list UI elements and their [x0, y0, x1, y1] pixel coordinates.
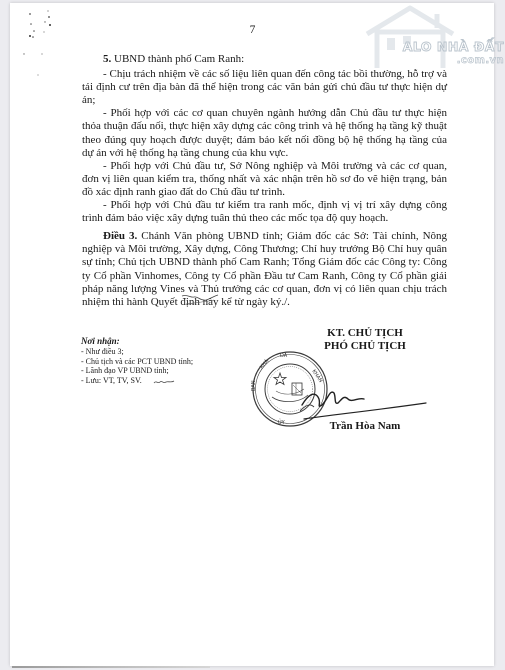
- recipient-item: - Lãnh đạo VP UBND tỉnh;: [81, 366, 193, 376]
- recipients-block: Nơi nhận: - Như điều 3; - Chủ tịch và cá…: [81, 337, 193, 386]
- article-3: Điều 3. Chánh Văn phòng UBND tỉnh; Giám …: [82, 230, 447, 309]
- recipient-item: - Như điều 3;: [81, 347, 193, 357]
- section-number: 5.: [103, 53, 111, 65]
- signer-name: Trần Hòa Nam: [290, 420, 440, 432]
- svg-text:ỦY: ỦY: [278, 418, 286, 426]
- recipients-title: Nơi nhận:: [81, 337, 193, 347]
- svg-text:BAN: BAN: [251, 380, 257, 391]
- page-number: 7: [0, 24, 505, 36]
- paragraph: - Phối hợp với các cơ quan chuyên ngành …: [82, 107, 447, 159]
- watermark-brand: ALO NHÀ ĐẤT: [400, 40, 504, 53]
- article-label: Điều 3.: [103, 230, 137, 242]
- handwritten-initial-mark: [180, 292, 220, 306]
- handwritten-initial-mark: [153, 378, 175, 386]
- recipient-item: - Chủ tịch và các PCT UBND tỉnh;: [81, 357, 193, 367]
- paragraph: - Phối hợp với Chủ đầu tư kiểm tra ranh …: [82, 199, 447, 225]
- recipient-item: - Lưu: VT, TV, SV.: [81, 376, 193, 386]
- section-heading: 5. UBND thành phố Cam Ranh:: [82, 53, 447, 66]
- scan-noise-specks: [18, 8, 58, 78]
- paragraph: - Phối hợp với Chủ đầu tư, Sở Nông nghiệ…: [82, 160, 447, 199]
- page-shadow: [12, 666, 210, 668]
- section-title: UBND thành phố Cam Ranh:: [111, 53, 244, 65]
- document-body: 5. UBND thành phố Cam Ranh: - Chịu trách…: [82, 53, 447, 309]
- signer-title: KT. CHỦ TỊCH: [290, 327, 440, 340]
- svg-text:DÂ: DÂ: [280, 352, 288, 359]
- paragraph: - Chịu trách nhiệm về các số liệu liên q…: [82, 68, 447, 107]
- article-text: Chánh Văn phòng UBND tỉnh; Giám đốc các …: [82, 230, 447, 307]
- handwritten-signature: [300, 375, 430, 425]
